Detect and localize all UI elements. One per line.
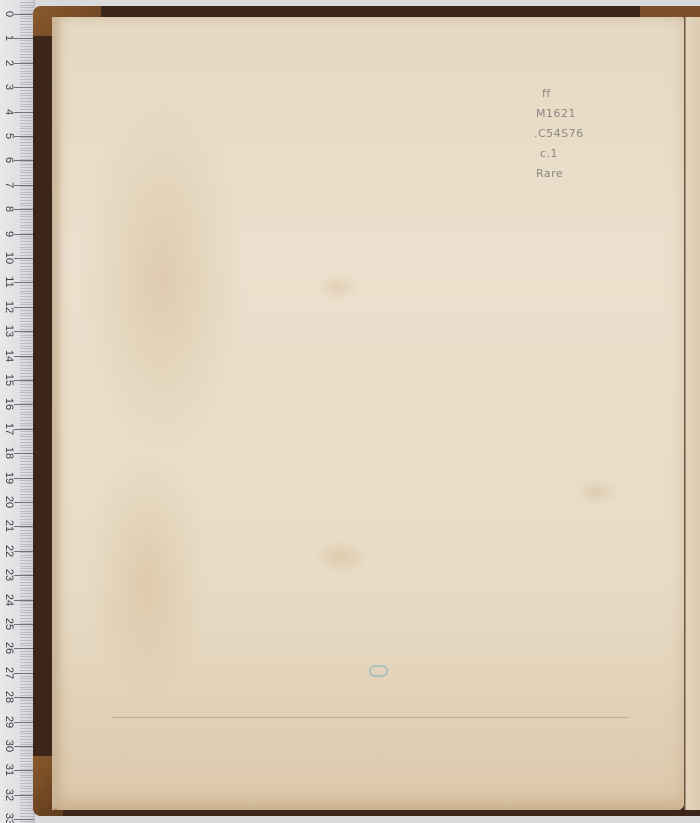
ruler-major-tick: [14, 404, 34, 405]
ruler-number: 22: [3, 543, 15, 559]
ruler-number: 1: [3, 30, 15, 46]
ruler-number: 13: [3, 323, 15, 339]
library-stamp-icon: [369, 665, 388, 677]
ruler-number: 27: [3, 665, 15, 681]
ruler-major-tick: [14, 234, 34, 235]
ruler-number: 0: [3, 6, 15, 22]
ruler-major-tick: [14, 478, 34, 479]
ruler-number: 19: [3, 470, 15, 486]
ruler-number: 32: [3, 787, 15, 803]
ruler-number: 11: [3, 274, 15, 290]
ruler-ticks: [20, 0, 34, 823]
ruler-number: 16: [3, 396, 15, 412]
ruler-major-tick: [14, 112, 34, 113]
ruler-number: 17: [3, 421, 15, 437]
ruler-number: 31: [3, 762, 15, 778]
ruler-major-tick: [14, 160, 34, 161]
ruler-major-tick: [14, 600, 34, 601]
ruler-major-tick: [14, 282, 34, 283]
ruler-number: 7: [3, 177, 15, 193]
ruler-number: 29: [3, 714, 15, 730]
ruler-number: 33: [3, 811, 15, 823]
ruler-major-tick: [14, 87, 34, 88]
call-number-line: M1621: [536, 104, 584, 124]
ruler-number: 14: [3, 348, 15, 364]
ruler-number: 2: [3, 55, 15, 71]
ruler-major-tick: [14, 356, 34, 357]
call-number-line: c.1: [536, 144, 584, 164]
ruler-major-tick: [14, 526, 34, 527]
ruler-major-tick: [14, 575, 34, 576]
ruler-number: 3: [3, 79, 15, 95]
ruler-number: 8: [3, 201, 15, 217]
ruler-major-tick: [14, 63, 34, 64]
page-edge: [52, 17, 62, 810]
ruler-major-tick: [14, 258, 34, 259]
ruler-number: 5: [3, 128, 15, 144]
ruler-number: 24: [3, 592, 15, 608]
ruler-major-tick: [14, 453, 34, 454]
call-number-line: Rare: [536, 164, 584, 184]
ruler-number: 25: [3, 616, 15, 632]
ruler-number: 26: [3, 640, 15, 656]
ruler-major-tick: [14, 14, 34, 15]
ruler-major-tick: [14, 648, 34, 649]
ruler-major-tick: [14, 429, 34, 430]
page-gutter: [684, 17, 700, 810]
ruler-number: 10: [3, 250, 15, 266]
ruler-major-tick: [14, 624, 34, 625]
call-number-line: ff: [536, 84, 584, 104]
ruler-major-tick: [14, 209, 34, 210]
ruler-major-tick: [14, 746, 34, 747]
ruler-number: 30: [3, 738, 15, 754]
ruler-major-tick: [14, 722, 34, 723]
ruler-major-tick: [14, 307, 34, 308]
ruler-major-tick: [14, 770, 34, 771]
ruler-major-tick: [14, 185, 34, 186]
ruler-number: 4: [3, 104, 15, 120]
ruler-major-tick: [14, 795, 34, 796]
call-number-line: .C54S76: [534, 124, 584, 144]
endpaper-page: [52, 17, 684, 810]
ruler-major-tick: [14, 819, 34, 820]
ruler-major-tick: [14, 673, 34, 674]
ruler-number: 15: [3, 372, 15, 388]
ruler-number: 21: [3, 518, 15, 534]
ruler-major-tick: [14, 551, 34, 552]
ruler-major-tick: [14, 502, 34, 503]
ruler-number: 23: [3, 567, 15, 583]
ruler-major-tick: [14, 380, 34, 381]
ruler-number: 28: [3, 689, 15, 705]
ruler-major-tick: [14, 38, 34, 39]
plate-mark-line: [112, 717, 629, 718]
ruler-major-tick: [14, 697, 34, 698]
measurement-ruler: 0123456789101112131415161718192021222324…: [0, 0, 35, 823]
ruler-number: 9: [3, 226, 15, 242]
ruler-major-tick: [14, 331, 34, 332]
ruler-number: 12: [3, 299, 15, 315]
ruler-number: 20: [3, 494, 15, 510]
ruler-number: 6: [3, 152, 15, 168]
pencil-call-number: ff M1621 .C54S76 c.1 Rare: [536, 84, 584, 184]
ruler-number: 18: [3, 445, 15, 461]
ruler-major-tick: [14, 136, 34, 137]
